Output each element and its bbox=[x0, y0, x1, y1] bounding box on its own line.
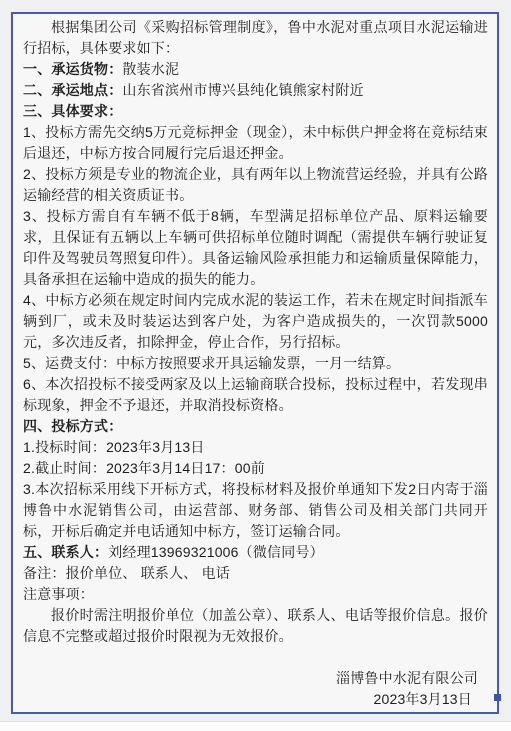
paragraph-text: 1、投标方需先交纳5万元竞标押金（现金），未中标供户押金将在竞标结束后退还，中标… bbox=[23, 124, 488, 161]
paragraph: 4、中标方必须在规定时间内完成水泥的装运工作，若未在规定时间指派车辆到厂，或未及… bbox=[23, 290, 488, 353]
paragraph: 1.投标时间：2023年3月13日 bbox=[23, 437, 488, 458]
paragraph-text: 1.投标时间：2023年3月13日 bbox=[23, 439, 205, 455]
paragraph: 3、投标方需自有车辆不低于8辆，车型满足招标单位产品、原料运输要求，且保证有五辆… bbox=[23, 206, 488, 290]
paragraph-text: 报价时需注明报价单位（加盖公章）、联系人、电话等报价信息。报价信息不完整或超过报… bbox=[23, 607, 488, 644]
spacer-line bbox=[23, 647, 488, 668]
paragraph: 报价时需注明报价单位（加盖公章）、联系人、电话等报价信息。报价信息不完整或超过报… bbox=[23, 605, 488, 647]
paragraph-heading: 五、联系人： bbox=[23, 544, 108, 560]
paragraph: 5、运费支付：中标方按照要求开具运输发票，一月一结算。 bbox=[23, 353, 488, 374]
paragraph-text: 注意事项： bbox=[23, 586, 94, 602]
paragraph: 6、本次招投标不接受两家及以上运输商联合投标，投标过程中，若发现串标现象，押金不… bbox=[23, 374, 488, 416]
paragraph: 一、承运货物：散装水泥 bbox=[23, 59, 488, 80]
paragraph-text: 2、投标方须是专业的物流企业，具有两年以上物流营运经验，并具有公路运输经营的相关… bbox=[23, 166, 488, 203]
notice-content: 根据集团公司《采购招标管理制度》，鲁中水泥对重点项目水泥运输进行招标，具体要求如… bbox=[23, 17, 488, 710]
paragraph: 3.本次招标采用线下开标方式，将投标材料及报价单通知下发2日内寄于淄博鲁中水泥销… bbox=[23, 479, 488, 542]
paragraph: 淄博鲁中水泥有限公司 bbox=[23, 668, 488, 689]
paragraph-text: 三、具体要求： bbox=[23, 103, 122, 119]
paragraph-text: 3.本次招标采用线下开标方式，将投标材料及报价单通知下发2日内寄于淄博鲁中水泥销… bbox=[23, 481, 488, 539]
paragraph-text: 2.截止时间：2023年3月14日17：00前 bbox=[23, 460, 265, 476]
paragraph-text: 5、运费支付：中标方按照要求开具运输发票，一月一结算。 bbox=[23, 355, 400, 371]
paragraph: 备注：报价单位、 联系人、 电话 bbox=[23, 563, 488, 584]
paragraph: 根据集团公司《采购招标管理制度》，鲁中水泥对重点项目水泥运输进行招标，具体要求如… bbox=[23, 17, 488, 59]
paragraph-text: 淄博鲁中水泥有限公司 bbox=[336, 670, 478, 686]
paragraph-text: 2023年3月13日 bbox=[373, 691, 472, 707]
paragraph-text: 山东省滨州市博兴县纯化镇熊家村附近 bbox=[122, 82, 363, 98]
paragraph: 2.截止时间：2023年3月14日17：00前 bbox=[23, 458, 488, 479]
notice-box[interactable]: 根据集团公司《采购招标管理制度》，鲁中水泥对重点项目水泥运输进行招标，具体要求如… bbox=[11, 12, 499, 714]
paragraph: 2、投标方须是专业的物流企业，具有两年以上物流营运经验，并具有公路运输经营的相关… bbox=[23, 164, 488, 206]
paragraph: 五、联系人：刘经理13969321006（微信同号） bbox=[23, 542, 488, 563]
paragraph: 1、投标方需先交纳5万元竞标押金（现金），未中标供户押金将在竞标结束后退还，中标… bbox=[23, 122, 488, 164]
paragraph: 注意事项： bbox=[23, 584, 488, 605]
screen: { "page": { "background": "#eff0f2", "bo… bbox=[0, 0, 511, 731]
paragraph: 四、投标方式： bbox=[23, 416, 488, 437]
paragraph: 2023年3月13日 bbox=[23, 689, 488, 710]
paragraph-text: 散装水泥 bbox=[122, 61, 179, 77]
paragraph-text: 刘经理13969321006（微信同号） bbox=[108, 544, 324, 560]
paragraph: 二、承运地点：山东省滨州市博兴县纯化镇熊家村附近 bbox=[23, 80, 488, 101]
paragraph-heading: 一、承运货物： bbox=[23, 61, 122, 77]
paragraph-text: 备注：报价单位、 联系人、 电话 bbox=[23, 565, 230, 581]
resize-handle[interactable] bbox=[494, 694, 501, 701]
paragraph-text: 四、投标方式： bbox=[23, 418, 122, 434]
bottom-strip bbox=[0, 721, 511, 731]
paragraph: 三、具体要求： bbox=[23, 101, 488, 122]
paragraph-text: 根据集团公司《采购招标管理制度》，鲁中水泥对重点项目水泥运输进行招标，具体要求如… bbox=[23, 19, 488, 56]
paragraph-text: 6、本次招投标不接受两家及以上运输商联合投标，投标过程中，若发现串标现象，押金不… bbox=[23, 376, 488, 413]
paragraph-heading: 二、承运地点： bbox=[23, 82, 122, 98]
paragraph-text: 4、中标方必须在规定时间内完成水泥的装运工作，若未在规定时间指派车辆到厂，或未及… bbox=[23, 292, 488, 350]
paragraph-text: 3、投标方需自有车辆不低于8辆，车型满足招标单位产品、原料运输要求，且保证有五辆… bbox=[23, 208, 488, 287]
